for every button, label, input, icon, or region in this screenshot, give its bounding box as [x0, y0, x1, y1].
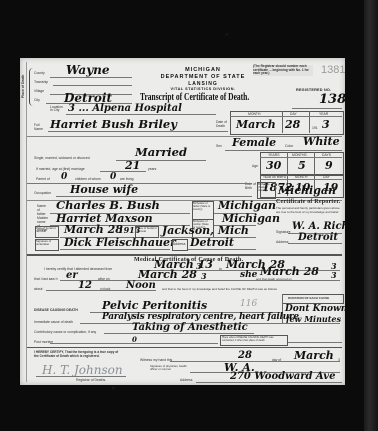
death-year-medical: 3	[331, 270, 337, 280]
children-living-label: are living	[120, 177, 134, 181]
department-heading: DEPARTMENT OF STATE	[138, 74, 268, 80]
physician-label: Signature of physician, health officer o…	[150, 365, 188, 371]
father-birthplace-label: Birthplace of father (State or country)	[193, 202, 211, 211]
registrar-certify-text: I HEREBY CERTIFY, That the foregoing is …	[34, 351, 122, 359]
contributory-value: Taking of Anesthetic	[132, 322, 248, 333]
place-contracted-label: Place where DISEASE CAUSING DEATH was co…	[222, 336, 286, 342]
date-of-death-label: Date of Death	[216, 120, 230, 128]
children-born-label: children of whom	[75, 177, 101, 181]
scan-edge-strip	[364, 0, 378, 431]
undertaker-label: Signature of undertaker	[36, 240, 57, 246]
disease-label: DISEASE CAUSING DEATH	[34, 308, 78, 312]
death-day-value: 28	[285, 118, 300, 131]
children-living-value: 0	[110, 172, 116, 182]
birthplace-label: Birthplace (State or country)	[258, 183, 274, 192]
marital-value: Married	[135, 145, 187, 159]
age-days-label: DAYS	[322, 153, 331, 157]
age-years-value: 30	[266, 159, 281, 172]
death-year-label: YEAR	[319, 112, 328, 116]
age-days-value: 9	[325, 159, 333, 172]
state-heading: MICHIGAN	[138, 67, 268, 73]
township-label: Township	[34, 80, 48, 84]
immediate-cause-label: Immediate cause of death	[34, 320, 73, 324]
undertaker-address-label: Address	[173, 242, 185, 246]
reporter-signature: W. A. Richard	[292, 221, 345, 232]
witness-address-label: Address	[180, 378, 192, 382]
full-name-value: Harriet Bush Briley	[50, 117, 177, 131]
death-certificate: Place of Death County Wayne Township Vil…	[20, 58, 345, 385]
reporter-title: Certificate of Reporter.	[276, 199, 340, 205]
birth-day-label: DAY	[323, 175, 330, 179]
parent-of-label: Parent of	[36, 177, 50, 181]
sex-label: Sex	[216, 144, 222, 148]
birthplace-value: Michigan	[278, 184, 336, 197]
cause-intro: and that to the best of my knowledge and…	[162, 287, 277, 291]
county-value: Wayne	[66, 63, 110, 77]
occupation-value: House wife	[70, 183, 138, 196]
about-label: about	[34, 287, 43, 291]
birth-year-label: YEAR OF BIRTH	[263, 175, 286, 179]
father-birthplace-value: Michigan	[218, 199, 276, 212]
color-value: White	[303, 135, 340, 148]
stamp-number: 1381	[321, 64, 345, 76]
city-label: City	[34, 98, 40, 102]
death-date-value: March 28	[260, 265, 319, 278]
age-label: Age	[252, 164, 258, 168]
county-label: County	[34, 71, 45, 75]
duration-label: DURATION OF EACH CAUSE	[288, 296, 329, 300]
witness-day-value: 28	[238, 350, 252, 361]
burial-date-value: March 28	[64, 223, 123, 236]
occupation-label: Occupation	[34, 191, 51, 195]
marriage-age-label: If married, age at (first) marriage	[36, 167, 85, 171]
reporter-address: Detroit	[298, 232, 338, 243]
age-months-value: 5	[298, 159, 306, 172]
sex-value: Female	[232, 136, 276, 149]
marriage-age-unit: years	[148, 167, 156, 171]
undertaker-value: Dick Fleischhauer	[64, 236, 176, 249]
reporter-text: The personal and family particulars give…	[276, 207, 340, 214]
father-value: Charles B. Bush	[56, 198, 160, 212]
registrar-note: (The Registrar should number each certif…	[253, 65, 313, 76]
witness-address-value: 270 Woodward Ave	[230, 371, 335, 382]
location-value: 3 ... Alpena Hospital	[68, 103, 182, 114]
registered-no-value: 1382	[319, 92, 345, 107]
marital-label: Single, married, widowed or divorced	[34, 156, 90, 160]
father-label: Name of father	[37, 204, 47, 216]
death-year-prefix: 191	[312, 126, 318, 130]
witness-label: Witness my hand this	[140, 358, 172, 362]
death-day-label: DAY	[290, 112, 297, 116]
undertaker-address-value: Detroit	[190, 236, 234, 249]
place-of-death-side-label: Place of Death	[21, 75, 25, 98]
reporter-address-label: Address	[276, 240, 288, 244]
immediate-cause-value: Paralysis respiratory centre, heart fail…	[102, 312, 299, 322]
age-months-label: MONTHS	[292, 153, 307, 157]
division-heading: VITAL STATISTICS DIVISION.	[138, 87, 268, 91]
death-month-label: MONTH	[248, 112, 260, 116]
death-month-value: March	[236, 118, 276, 131]
full-name-label: Full Name	[34, 123, 46, 131]
burial-place-label: Place of burial or removal	[136, 227, 157, 233]
attended-text: I hereby certify that I attended decease…	[44, 267, 112, 271]
burial-date-label: Date of burial or removal	[36, 227, 57, 233]
last-saw-text: that I last saw h	[34, 277, 58, 281]
contributory-label: Contributory cause or complication, if a…	[34, 330, 96, 334]
document-title: Transcript of Certificate of Death.	[140, 92, 249, 103]
place-brace	[29, 68, 33, 106]
village-label: Village	[34, 89, 44, 93]
pronoun-value: she	[240, 270, 257, 280]
birth-month-label: MONTH	[295, 175, 307, 179]
location-label: Location in City	[50, 106, 64, 112]
death-year-value: 3	[322, 118, 330, 131]
age-years-label: YEARS	[268, 153, 280, 157]
registrar-label: Registrar of Deaths.	[76, 378, 106, 382]
disease-value: Pelvic Peritonitis	[102, 299, 207, 312]
disease-code: 116	[240, 299, 257, 309]
color-label: Color	[285, 144, 293, 148]
registrar-signature: H. T. Johnson	[42, 363, 123, 377]
children-born-value: 0	[61, 172, 67, 182]
